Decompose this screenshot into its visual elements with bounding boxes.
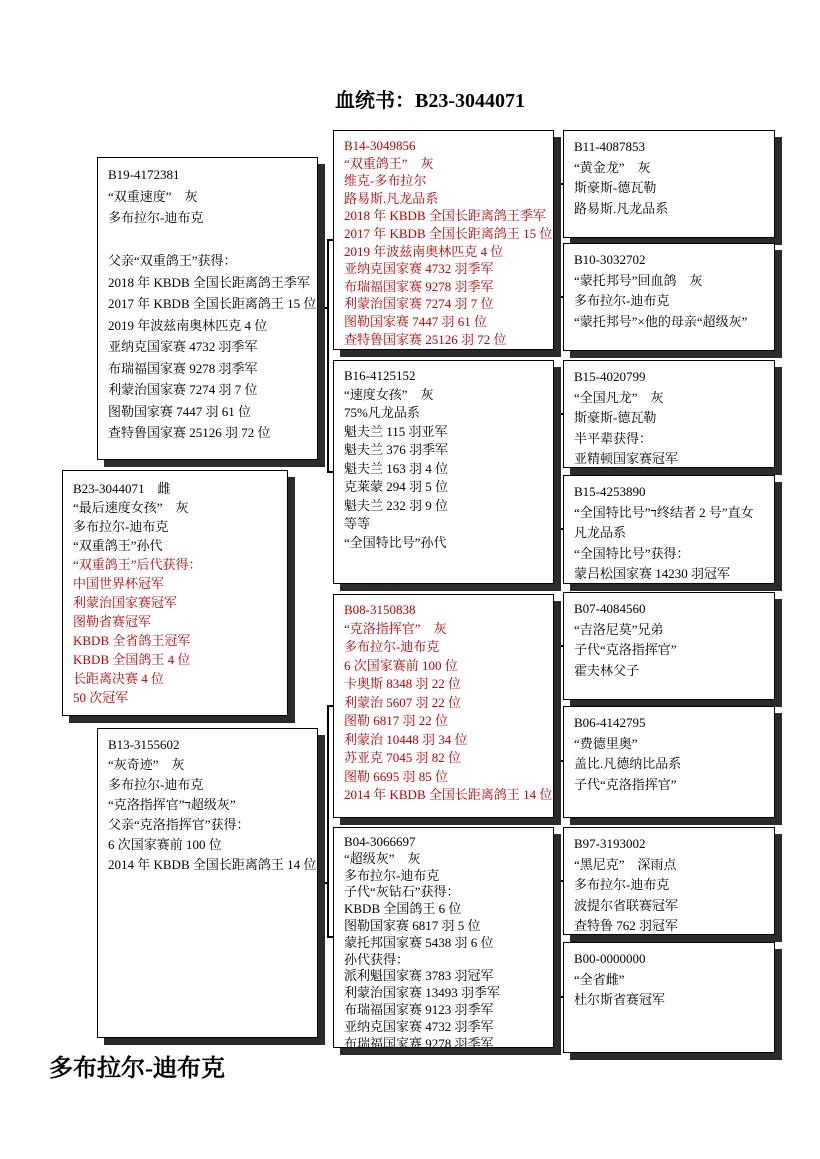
pedigree-line: 魁夫兰 376 羽季军 xyxy=(344,441,549,460)
pedigree-box-B08-3150838: B08-3150838“克洛指挥官” 灰多布拉尔-迪布克6 次国家赛前 100 … xyxy=(333,594,554,818)
pedigree-line: 子代“克洛指挥官” xyxy=(574,640,770,661)
pedigree-line: “费德里奥” xyxy=(574,734,770,755)
pedigree-line: “双重速度” 灰 xyxy=(108,186,313,208)
pedigree-line: 魁夫兰 163 羽 4 位 xyxy=(344,460,549,479)
pedigree-line: 中国世界杯冠军 xyxy=(73,574,283,593)
pedigree-line: “蒙托邦号”×他的母亲“超级灰” xyxy=(574,312,770,333)
pedigree-line: B08-3150838 xyxy=(344,601,549,620)
pedigree-line: KBDB 全国鸽王 4 位 xyxy=(73,650,283,669)
pedigree-line: 维克-多布拉尔 xyxy=(344,172,549,190)
pedigree-line: “超级灰” 灰 xyxy=(344,851,549,868)
pedigree-line: 蒙吕松国家赛 14230 羽冠军 xyxy=(574,564,770,584)
loft-name-label: 多布拉尔-迪布克 xyxy=(49,1048,225,1083)
pedigree-line: 图勒国家赛 7447 羽 61 位 xyxy=(344,313,549,331)
pedigree-line: 凡龙品系 xyxy=(574,523,770,544)
pedigree-line: 派利魁国家赛 3783 羽冠军 xyxy=(344,968,549,985)
pedigree-line: 布瑞福国家赛 9278 羽季军 xyxy=(344,1036,549,1048)
pedigree-box-B11-4087853: B11-4087853“黄金龙” 灰斯豪斯-德瓦勒路易斯.凡龙品系 xyxy=(563,130,775,238)
pedigree-line: 利蒙治国家赛冠军 xyxy=(73,593,283,612)
pedigree-line: 路易斯.凡龙品系 xyxy=(574,199,770,220)
pedigree-line: “全省雌” xyxy=(574,970,770,991)
pedigree-line: 2018 年 KBDB 全国长距离鸽王季军 xyxy=(108,272,313,294)
pedigree-line: 蒙托邦国家赛 5438 羽 6 位 xyxy=(344,935,549,952)
pedigree-line: “吉洛尼莫”兄弟 xyxy=(574,620,770,641)
pedigree-line: 查特鲁 762 羽冠军 xyxy=(574,916,770,935)
pedigree-line: 霍夫林父子 xyxy=(574,661,770,682)
pedigree-line: 魁夫兰 232 羽 9 位 xyxy=(344,497,549,516)
pedigree-box-B13-3155602: B13-3155602“灰奇迹” 灰多布拉尔-迪布克“克洛指挥官”ד超级灰”父亲… xyxy=(97,728,318,1038)
pedigree-line: 图勒 6817 羽 22 位 xyxy=(344,712,549,731)
pedigree-line: 2014 年 KBDB 全国长距离鸽王 14 位 xyxy=(344,786,549,805)
pedigree-line: B07-4084560 xyxy=(574,599,770,620)
pedigree-box-B15-4020799: B15-4020799“全国凡龙” 灰斯豪斯-德瓦勒半平辈获得：亚精顿国家赛冠军 xyxy=(563,360,775,468)
pedigree-line: 子代“灰钻石”获得： xyxy=(344,884,549,901)
pedigree-line: 多布拉尔-迪布克 xyxy=(73,517,283,536)
pedigree-line: 半平辈获得： xyxy=(574,429,770,450)
pedigree-line: 利蒙治国家赛 13493 羽季军 xyxy=(344,985,549,1002)
pedigree-box-B23-3044071-subject: B23-3044071 雌“最后速度女孩” 灰多布拉尔-迪布克“双重鸽王”孙代“… xyxy=(62,470,288,716)
pedigree-line: 利蒙治 5607 羽 22 位 xyxy=(344,694,549,713)
pedigree-box-B15-4253890: B15-4253890“全国特比号”ד终结者 2 号”直女凡龙品系“全国特比号”… xyxy=(563,475,775,584)
pedigree-line: 利蒙治 10448 羽 34 位 xyxy=(344,731,549,750)
pedigree-line: 查特鲁国家赛 25126 羽 72 位 xyxy=(108,422,313,444)
pedigree-box-B06-4142795: B06-4142795“费德里奥”盖比.凡德纳比品系子代“克洛指挥官” xyxy=(563,706,775,818)
pedigree-line: 布瑞福国家赛 9123 羽季军 xyxy=(344,1002,549,1019)
pedigree-box-B00-0000000: B00-0000000“全省雌”杜尔斯省赛冠军 xyxy=(563,942,775,1053)
pedigree-line: 亚纳克国家赛 4732 羽季军 xyxy=(344,260,549,278)
pedigree-line: “双重鸽王”后代获得： xyxy=(73,555,283,574)
pedigree-line: 多布拉尔-迪布克 xyxy=(344,638,549,657)
pedigree-line: B13-3155602 xyxy=(108,735,313,755)
pedigree-line: “全国特比号”孙代 xyxy=(344,534,549,553)
pedigree-box-B19-4172381: B19-4172381“双重速度” 灰多布拉尔-迪布克 父亲“双重鸽王”获得：2… xyxy=(97,157,318,460)
pedigree-line: 2014 年 KBDB 全国长距离鸽王 14 位 xyxy=(108,855,313,875)
pedigree-line xyxy=(108,229,313,251)
pedigree-line: 2018 年 KBDB 全国长距离鸽王季军 xyxy=(344,207,549,225)
pedigree-line: 克莱蒙 294 羽 5 位 xyxy=(344,478,549,497)
pedigree-line: 利蒙治国家赛 7274 羽 7 位 xyxy=(108,379,313,401)
pedigree-box-B97-3193002: B97-3193002“黑尼克” 深雨点多布拉尔-迪布克波提尔省联赛冠军查特鲁 … xyxy=(563,827,775,935)
pedigree-line: “全国特比号”获得： xyxy=(574,544,770,565)
pedigree-line: “灰奇迹” 灰 xyxy=(108,755,313,775)
pedigree-line: B00-0000000 xyxy=(574,949,770,970)
pedigree-line: “蒙托邦号”回血鸽 灰 xyxy=(574,271,770,292)
pedigree-line: 亚精顿国家赛冠军 xyxy=(574,449,770,468)
pedigree-line: 长距离决赛 4 位 xyxy=(73,669,283,688)
pedigree-line: “黄金龙” 灰 xyxy=(574,158,770,179)
pedigree-line: “克洛指挥官” 灰 xyxy=(344,620,549,639)
pedigree-line: B06-4142795 xyxy=(574,713,770,734)
pedigree-line: “全国特比号”ד终结者 2 号”直女 xyxy=(574,503,770,524)
pedigree-line: 多布拉尔-迪布克 xyxy=(108,775,313,795)
pedigree-line: 苏亚克 7045 羽 82 位 xyxy=(344,749,549,768)
pedigree-line: 图勒省赛冠军 xyxy=(73,612,283,631)
pedigree-line: B23-3044071 雌 xyxy=(73,479,283,498)
pedigree-line: 斯豪斯-德瓦勒 xyxy=(574,408,770,429)
pedigree-line: 亚纳克国家赛 4732 羽季军 xyxy=(344,1019,549,1036)
pedigree-line: 多布拉尔-迪布克 xyxy=(344,868,549,885)
pedigree-line: B16-4125152 xyxy=(344,367,549,386)
pedigree-line: 2017 年 KBDB 全国长距离鸽王 15 位 xyxy=(108,293,313,315)
pedigree-line: 布瑞福国家赛 9278 羽季军 xyxy=(108,358,313,380)
pedigree-line: “速度女孩” 灰 xyxy=(344,386,549,405)
pedigree-line: 多布拉尔-迪布克 xyxy=(574,291,770,312)
pedigree-box-B14-3049856: B14-3049856“双重鸽王” 灰维克-多布拉尔路易斯.凡龙品系2018 年… xyxy=(333,130,554,350)
pedigree-line: B14-3049856 xyxy=(344,137,549,155)
pedigree-line: 6 次国家赛前 100 位 xyxy=(108,835,313,855)
pedigree-line: 50 次冠军 xyxy=(73,688,283,707)
pedigree-line: 布瑞福国家赛 9278 羽季军 xyxy=(344,278,549,296)
pedigree-box-B16-4125152: B16-4125152“速度女孩” 灰75%凡龙品系魁夫兰 115 羽亚军魁夫兰… xyxy=(333,360,554,584)
pedigree-line: 2017 年 KBDB 全国长距离鸽王 15 位 xyxy=(344,225,549,243)
pedigree-line: B04-3066697 xyxy=(344,834,549,851)
pedigree-line: 杜尔斯省赛冠军 xyxy=(574,990,770,1011)
pedigree-line: 卡奥斯 8348 羽 22 位 xyxy=(344,675,549,694)
pedigree-line: “最后速度女孩” 灰 xyxy=(73,498,283,517)
pedigree-line: KBDB 全国鸽王 6 位 xyxy=(344,901,549,918)
pedigree-line: 父亲“双重鸽王”获得： xyxy=(108,250,313,272)
pedigree-line: B10-3032702 xyxy=(574,250,770,271)
pedigree-line: 图勒 6695 羽 85 位 xyxy=(344,768,549,787)
pedigree-page: 血统书：B23-3044071 B19-4172381“双重速度” 灰多布拉尔-… xyxy=(0,0,820,1159)
pedigree-line: “全国凡龙” 灰 xyxy=(574,388,770,409)
pedigree-line: 波提尔省联赛冠军 xyxy=(574,896,770,917)
pedigree-line: 路易斯.凡龙品系 xyxy=(344,190,549,208)
pedigree-line: “黑尼克” 深雨点 xyxy=(574,855,770,876)
pedigree-line: 父亲“克洛指挥官”获得： xyxy=(108,815,313,835)
pedigree-line: 多布拉尔-迪布克 xyxy=(108,207,313,229)
pedigree-line: 6 次国家赛前 100 位 xyxy=(344,657,549,676)
pedigree-line: 查特鲁国家赛 25126 羽 72 位 xyxy=(344,331,549,349)
pedigree-line: 2019 年波兹南奥林匹克 4 位 xyxy=(344,243,549,261)
pedigree-line: “双重鸽王”孙代 xyxy=(73,536,283,555)
pedigree-box-B07-4084560: B07-4084560“吉洛尼莫”兄弟子代“克洛指挥官”霍夫林父子 xyxy=(563,592,775,700)
pedigree-line: 等等 xyxy=(344,515,549,534)
pedigree-box-B10-3032702: B10-3032702“蒙托邦号”回血鸽 灰多布拉尔-迪布克“蒙托邦号”×他的母… xyxy=(563,243,775,351)
pedigree-line: B97-3193002 xyxy=(574,834,770,855)
pedigree-line: 利蒙治国家赛 7274 羽 7 位 xyxy=(344,295,549,313)
pedigree-line: B15-4253890 xyxy=(574,482,770,503)
pedigree-line: 图勒国家赛 6817 羽 5 位 xyxy=(344,918,549,935)
pedigree-line: 盖比.凡德纳比品系 xyxy=(574,754,770,775)
pedigree-line: 斯豪斯-德瓦勒 xyxy=(574,178,770,199)
pedigree-line: B19-4172381 xyxy=(108,164,313,186)
pedigree-line: 孙代获得： xyxy=(344,952,549,969)
pedigree-line: 2019 年波兹南奥林匹克 4 位 xyxy=(108,315,313,337)
pedigree-line: “双重鸽王” 灰 xyxy=(344,155,549,173)
pedigree-line: 75%凡龙品系 xyxy=(344,404,549,423)
pedigree-line: 图勒国家赛 7447 羽 61 位 xyxy=(108,401,313,423)
pedigree-line: 多布拉尔-迪布克 xyxy=(574,875,770,896)
pedigree-line: 魁夫兰 115 羽亚军 xyxy=(344,423,549,442)
pedigree-line: B15-4020799 xyxy=(574,367,770,388)
pedigree-line: “克洛指挥官”ד超级灰” xyxy=(108,795,313,815)
pedigree-line: B11-4087853 xyxy=(574,137,770,158)
page-title: 血统书：B23-3044071 xyxy=(335,84,525,113)
pedigree-line: 子代“克洛指挥官” xyxy=(574,775,770,796)
pedigree-line: KBDB 全省鸽王冠军 xyxy=(73,631,283,650)
pedigree-box-B04-3066697: B04-3066697“超级灰” 灰多布拉尔-迪布克子代“灰钻石”获得：KBDB… xyxy=(333,827,554,1048)
pedigree-line: 亚纳克国家赛 4732 羽季军 xyxy=(108,336,313,358)
